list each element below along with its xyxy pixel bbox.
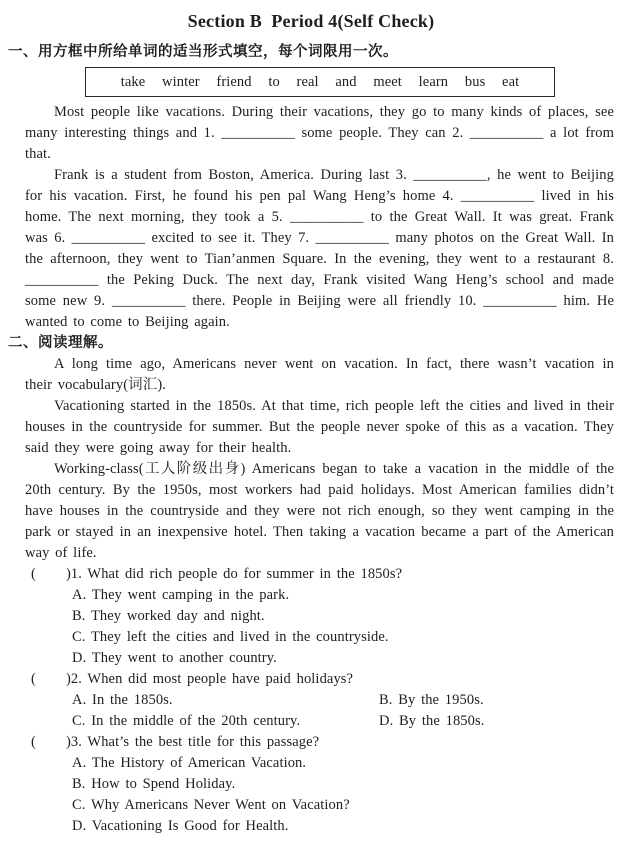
question-3-number: )3.: [66, 734, 82, 750]
question-3-text: What’s the best title for this passage?: [87, 734, 319, 750]
question-2: ()2. When did most people have paid holi…: [31, 669, 614, 732]
option-d: D. They went to another country.: [72, 648, 614, 669]
question-2-line: ()2. When did most people have paid holi…: [31, 669, 614, 690]
reading-paragraph-3: Working-class(工人阶级出身) Americans began to…: [25, 459, 614, 564]
option-c: C. In the middle of the 20th century.: [72, 711, 379, 732]
option-d: D. By the 1850s.: [379, 711, 614, 732]
cloze-paragraph-2: Frank is a student from Boston, America.…: [25, 165, 614, 333]
page-title: Section B Period 4(Self Check): [8, 8, 614, 34]
option-a: A. In the 1850s.: [72, 690, 379, 711]
cloze-paragraph-1: Most people like vacations. During their…: [25, 102, 614, 165]
question-1-options: A. They went camping in the park. B. The…: [72, 585, 614, 669]
question-1: ()1. What did rich people do for summer …: [31, 564, 614, 669]
question-1-line: ()1. What did rich people do for summer …: [31, 564, 614, 585]
question-2-text: When did most people have paid holidays?: [87, 671, 353, 687]
reading-passage: A long time ago, Americans never went on…: [8, 354, 614, 564]
option-a: A. The History of American Vacation.: [72, 753, 614, 774]
question-3-options: A. The History of American Vacation. B. …: [72, 753, 614, 837]
word-bank-box: take winter friend to real and meet lear…: [85, 67, 555, 97]
question-3: ()3. What’s the best title for this pass…: [31, 732, 614, 837]
section-two-heading: 二、阅读理解。: [8, 333, 614, 354]
question-1-number: )1.: [66, 566, 82, 582]
option-b: B. How to Spend Holiday.: [72, 774, 614, 795]
option-d: D. Vacationing Is Good for Health.: [72, 816, 614, 837]
section-one-heading: 一、用方框中所给单词的适当形式填空，每个词限用一次。: [8, 42, 614, 63]
question-2-number: )2.: [66, 671, 82, 687]
option-c: C. They left the cities and lived in the…: [72, 627, 614, 648]
option-b: B. By the 1950s.: [379, 690, 614, 711]
answer-paren-open: (: [31, 566, 36, 582]
reading-paragraph-1: A long time ago, Americans never went on…: [25, 354, 614, 396]
option-c: C. Why Americans Never Went on Vacation?: [72, 795, 614, 816]
option-b: B. They worked day and night.: [72, 606, 614, 627]
worksheet-page: Section B Period 4(Self Check) 一、用方框中所给单…: [0, 0, 623, 842]
question-3-line: ()3. What’s the best title for this pass…: [31, 732, 614, 753]
answer-paren-open: (: [31, 671, 36, 687]
reading-paragraph-2: Vacationing started in the 1850s. At tha…: [25, 396, 614, 459]
answer-paren-open: (: [31, 734, 36, 750]
question-2-options: A. In the 1850s. B. By the 1950s. C. In …: [72, 690, 614, 732]
option-a: A. They went camping in the park.: [72, 585, 614, 606]
word-bank-words: take winter friend to real and meet lear…: [121, 74, 519, 90]
question-1-text: What did rich people do for summer in th…: [87, 566, 402, 582]
